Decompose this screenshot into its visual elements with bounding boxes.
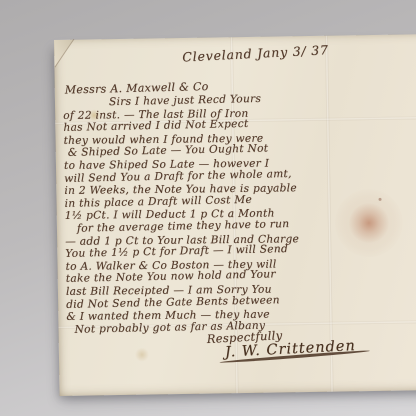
letter-paper: Cleveland Jany 3/ 37 Messrs A. Maxwell &…: [54, 34, 416, 396]
wax-stain: [349, 203, 390, 244]
ink-spot: [135, 348, 149, 362]
letter-body: Sirs I have just Recd Yoursof 22 inst. —…: [63, 92, 353, 336]
stain-speck: [379, 198, 382, 201]
photo-backdrop: Cleveland Jany 3/ 37 Messrs A. Maxwell &…: [0, 0, 416, 416]
dateline: Cleveland Jany 3/ 37: [182, 42, 329, 64]
